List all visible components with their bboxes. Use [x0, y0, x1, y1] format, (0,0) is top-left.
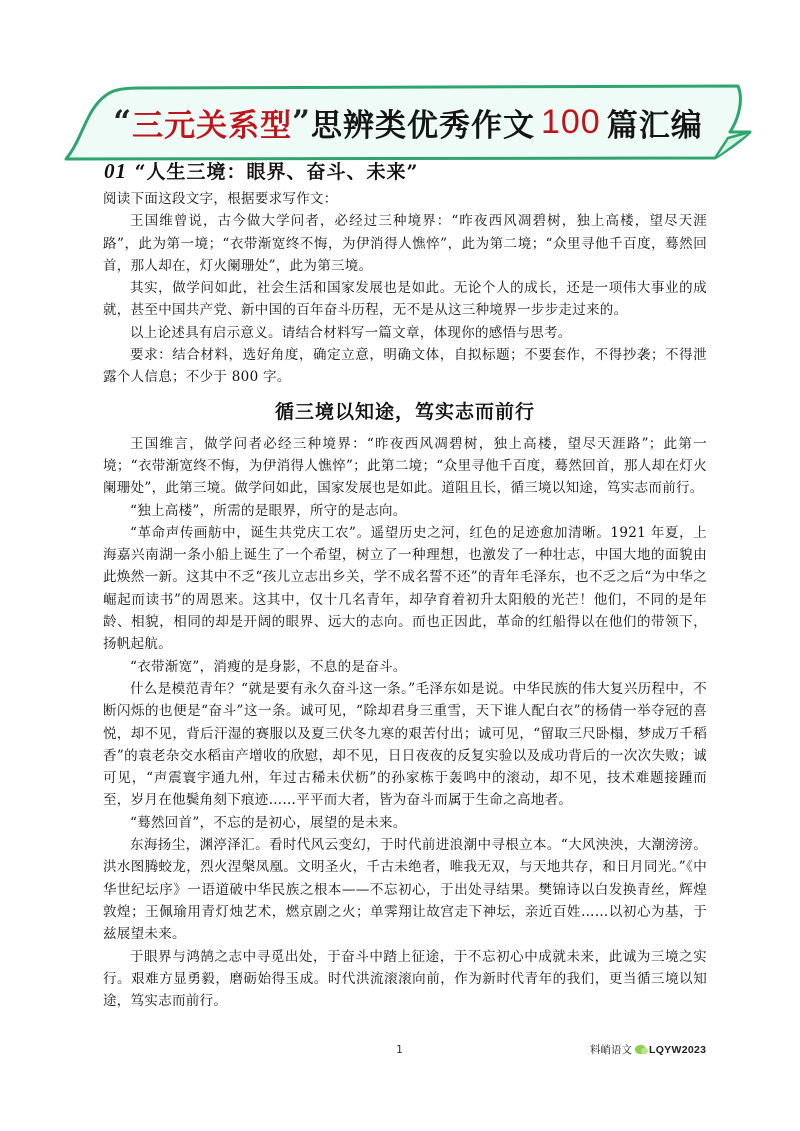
prompt-paragraph: 以上论述具有启示意义。请结合材料写一篇文章，体现你的感悟与思考。 — [103, 322, 707, 344]
brand-name: 料峭语文 — [590, 1042, 632, 1057]
page-number: 1 — [396, 1043, 403, 1056]
essay-paragraph: 东海扬尘，渊渟泽汇。看时代风云变幻，于时代前进浪潮中寻根立本。“大风泱泱，大潮滂… — [103, 834, 707, 945]
collection-title-banner: “ 三元关系型 ” 思辨类优秀作文 100 篇汇编 — [60, 80, 750, 160]
essay-subheading: “蓦然回首”，不忘的是初心，展望的是未来。 — [103, 812, 707, 834]
prompt-paragraph: 王国维曾说，古今做大学问者，必经过三种境界：“昨夜西风凋碧树，独上高楼，望尽天涯… — [103, 210, 707, 277]
essay-conclusion: 于眼界与鸿鹄之志中寻觅出处，于奋斗中踏上征途，于不忘初心中成就未来，此诚为三境之… — [103, 946, 707, 1013]
prompt-paragraph: 其实，做学问如此，社会生活和国家发展也是如此。无论个人的成长，还是一项伟大事业的… — [103, 277, 707, 322]
essay-subheading: “衣带渐宽”，消瘦的是身影，不息的是奋斗。 — [103, 656, 707, 678]
open-quote: “ — [113, 104, 132, 140]
title-middle: 思辨类优秀作文 — [311, 100, 535, 145]
essay-paragraph: 什么是模范青年？“就是要有永久奋斗这一条。”毛泽东如是说。中华民族的伟大复兴历程… — [103, 678, 707, 812]
essay-title: 循三境以知途，笃实志而前行 — [103, 399, 707, 425]
section-heading: 01 “人生三境：眼界、奋斗、未来” — [104, 157, 418, 184]
title-number: 100 — [541, 103, 601, 142]
essay-paragraph: 王国维言，做学问者必经三种境界：“昨夜西风凋碧树，独上高楼，望尽天涯路”；此第一… — [103, 433, 707, 500]
essay-paragraph: “革命声传画舫中，诞生共党庆工农”。遥望历史之河，红色的足迹愈加清晰。1921 … — [103, 522, 707, 656]
brand-code: LQYW2023 — [649, 1044, 706, 1056]
document-body: 阅读下面这段文字，根据要求写作文： 王国维曾说，古今做大学问者，必经过三种境界：… — [103, 188, 707, 1012]
prompt-requirements: 要求：结合材料，选好角度，确定立意，明确文体，自拟标题；不要套作，不得抄袭；不得… — [103, 344, 707, 389]
title-highlight: 三元关系型 — [132, 100, 292, 145]
wechat-icon — [635, 1045, 646, 1054]
collection-title: “ 三元关系型 ” 思辨类优秀作文 100 篇汇编 — [88, 94, 728, 150]
close-quote: ” — [292, 104, 311, 140]
section-index: 01 — [104, 159, 127, 183]
essay-subheading: “独上高楼”，所需的是眼界，所守的是志向。 — [103, 500, 707, 522]
title-suffix: 篇汇编 — [607, 100, 703, 145]
footer-brand: 料峭语文 LQYW2023 — [590, 1042, 706, 1057]
prompt-intro: 阅读下面这段文字，根据要求写作文： — [103, 188, 707, 210]
section-title: “人生三境：眼界、奋斗、未来” — [135, 161, 419, 183]
